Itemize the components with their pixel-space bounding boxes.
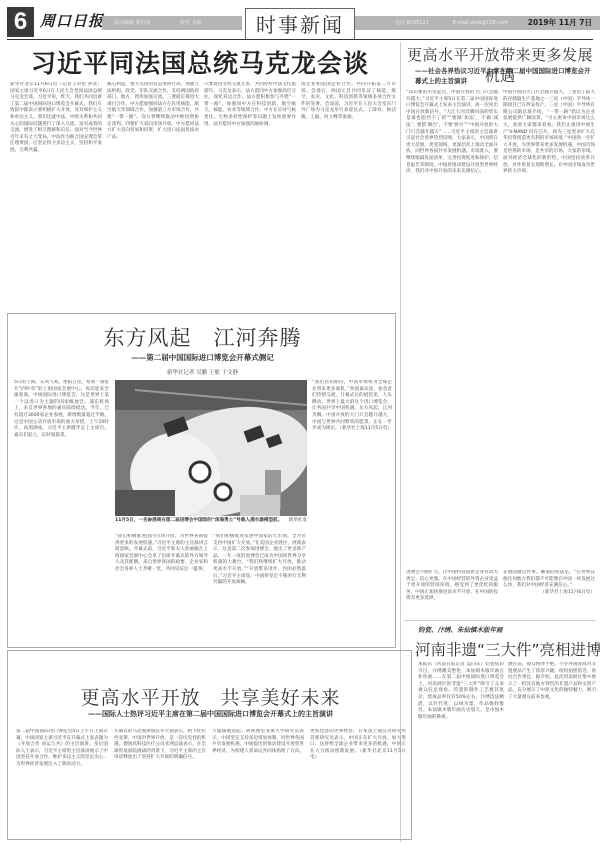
henan-article-column: 展位前，观众络绎不绝。不少外国客商对非遗展品产生了浓厚兴趣，纷纷拍照留念，询问合… [508,662,596,837]
bottom-headline: 更高水平开放 共享美好未来 [8,683,413,710]
lead-headline: 习近平同法国总统马克龙会谈 [0,44,400,80]
photo-caption: 11月5日，一名参展商在第二届进博会中国馆的“深海勇士”号载人潜水器模型前。 新… [115,518,307,525]
masthead-bar-right: 电话 8199121 E-mail:zkrb@126.com 2019年 11月… [355,16,600,30]
submersible-photo [115,380,307,516]
bottom-article-column: 开幕式的马达加斯加驻华大使表示，阿卜杜拉西亚斯，中国对世界开放，是一次历史性的机… [114,729,206,837]
editor-credit: 版面编辑 郭怡惠 [114,16,151,30]
bottom-article: 更高水平开放 共享美好未来 ——国际人士热评习近平主席在第二届中国国际进口博览会… [7,650,412,840]
masthead-bar-left: 版面编辑 郭怡惠 校对 李丽 [102,16,242,30]
henan-article-column: 本报讯（河南日报记者 孟向东）钧瓷炫彩夺目，汴绣精美绝伦，朱仙镇木版年画古朴厚重… [418,662,504,837]
feature-article: 东方风起 江河奔腾 ——第二届中国国际进口博览会开幕式侧记 新华社记者 吴鹏 王… [7,313,396,648]
article-source: （新华社上海11月6日电） [503,590,595,597]
photo-illustration [115,380,307,516]
caption-text: 11月5日，一名参展商在第二届进博会中国馆的“深海勇士”号载人潜水器模型前。 [115,518,282,523]
right-article-column: 进博会不断扩大，让中国科技创新企业有动力更足、信心更强。在中国经营的外资企业受益… [406,570,498,610]
feature-column: “我们热切期待，中国市场将为全球企业带来更多商机。”各国嘉宾说，参会者们热情交流… [312,380,392,642]
proofreader-credit: 校对 李丽 [180,16,202,30]
email-address: E-mail:zkrb@126.com [453,16,508,30]
right-article-column: “知识要的历史起点，中国开放的大门只会越开越大。”习近平主席5日在第二届中国国际… [406,90,498,568]
feature-column: 5日的上海，东风气爽，艳阳万里。宛如一条张开“四叶草”的上海国家会展中心，再次迎… [14,380,109,642]
right-article-column: 中国开放的大门只会越开越大。三星电子最大的存储器生产基地之一三星（中国）半导体一… [503,90,595,568]
masthead: 6 周口日报 版面编辑 郭怡惠 校对 李丽 时事新闻 电话 8199121 E-… [0,0,600,42]
lead-article-column: 新华社北京11月6日电（记者王卓伦 孙奕）国家主席习近平6日在人民大会堂同法国总… [10,82,102,304]
feature-column: “我们积极推进发展中国家的大市场，全方位支持中国扩大开放。”在美国企业展区，展商… [213,534,306,642]
lead-article-column: 国企业和法国企业合作，共同开拓第三方市场。会谈后，两国元首共同见证了核能、航空、… [301,82,396,304]
section-title: 时事新闻 [245,8,355,40]
feature-subheadline: ——第二届中国国际进口博览会开幕式侧记 [8,352,397,363]
masthead-divider [7,39,593,40]
feature-column: “我们积极推进国内市场开放，为世界各国提供更多的发展机遇。”习近平主席的主旨演讲… [115,534,208,642]
lead-article-column: 核心利益、重大关切的具态度和行动，加强立法机构、政党、军队交流合作，支持两国政府… [107,82,199,304]
henan-kicker: 钧瓷、汴绣、朱仙镇木版年画 [418,625,503,634]
bottom-article-column: 更加包容的世界经济。日本富士通公司研究所首席研究员表示，中国正在扩大开放、加大进… [310,729,406,837]
article-text: 在德国做这件事。戴蒙的说法是，“在世界其他任何地方我们都不可能像在中国一样发展这… [503,570,595,588]
right-article-subheadline: ——社会各界热议习近平主席在第二届中国国际进口博览会开幕式上的主旨演讲 [415,66,595,86]
feature-byline: 新华社记者 吴鹏 王敏 于文静 [8,368,397,376]
henan-headline: 河南非遗“三大件”亮相进博会 [415,638,599,660]
issue-date: 2019年 11月 7日 [528,16,592,30]
bottom-article-column: 大厦拔地而起。阿斯图里亚斯大学研究员表示，中国坚定支持多边贸易体制，同世界各国共… [212,729,304,837]
photo-credit: 新华社发 [289,518,307,525]
lead-article-column: 六要促进文明交流互鉴，共同办好中法文化旅游年。马克龙表示，法方愿同中方加强高层交… [204,82,296,304]
article-divider [404,620,596,621]
bottom-subheadline: ——国际人士热评习近平主席在第二届中国国际进口博览会开幕式上的主旨演讲 [8,709,413,719]
feature-headline: 东方风起 江河奔腾 [8,322,397,352]
right-article-column: 在德国做这件事。戴蒙的说法是，“在世界其他任何地方我们都不可能像在中国一样发展这… [503,570,595,610]
newspaper-logo: 周口日报 [40,10,104,31]
bottom-article-column: 第二届中国国际进口博览会5日上午在上海开幕，中国国家主席习近平在开幕式上发表题为… [16,729,108,837]
phone-number: 电话 8199121 [395,16,429,30]
page-number: 6 [7,7,34,37]
